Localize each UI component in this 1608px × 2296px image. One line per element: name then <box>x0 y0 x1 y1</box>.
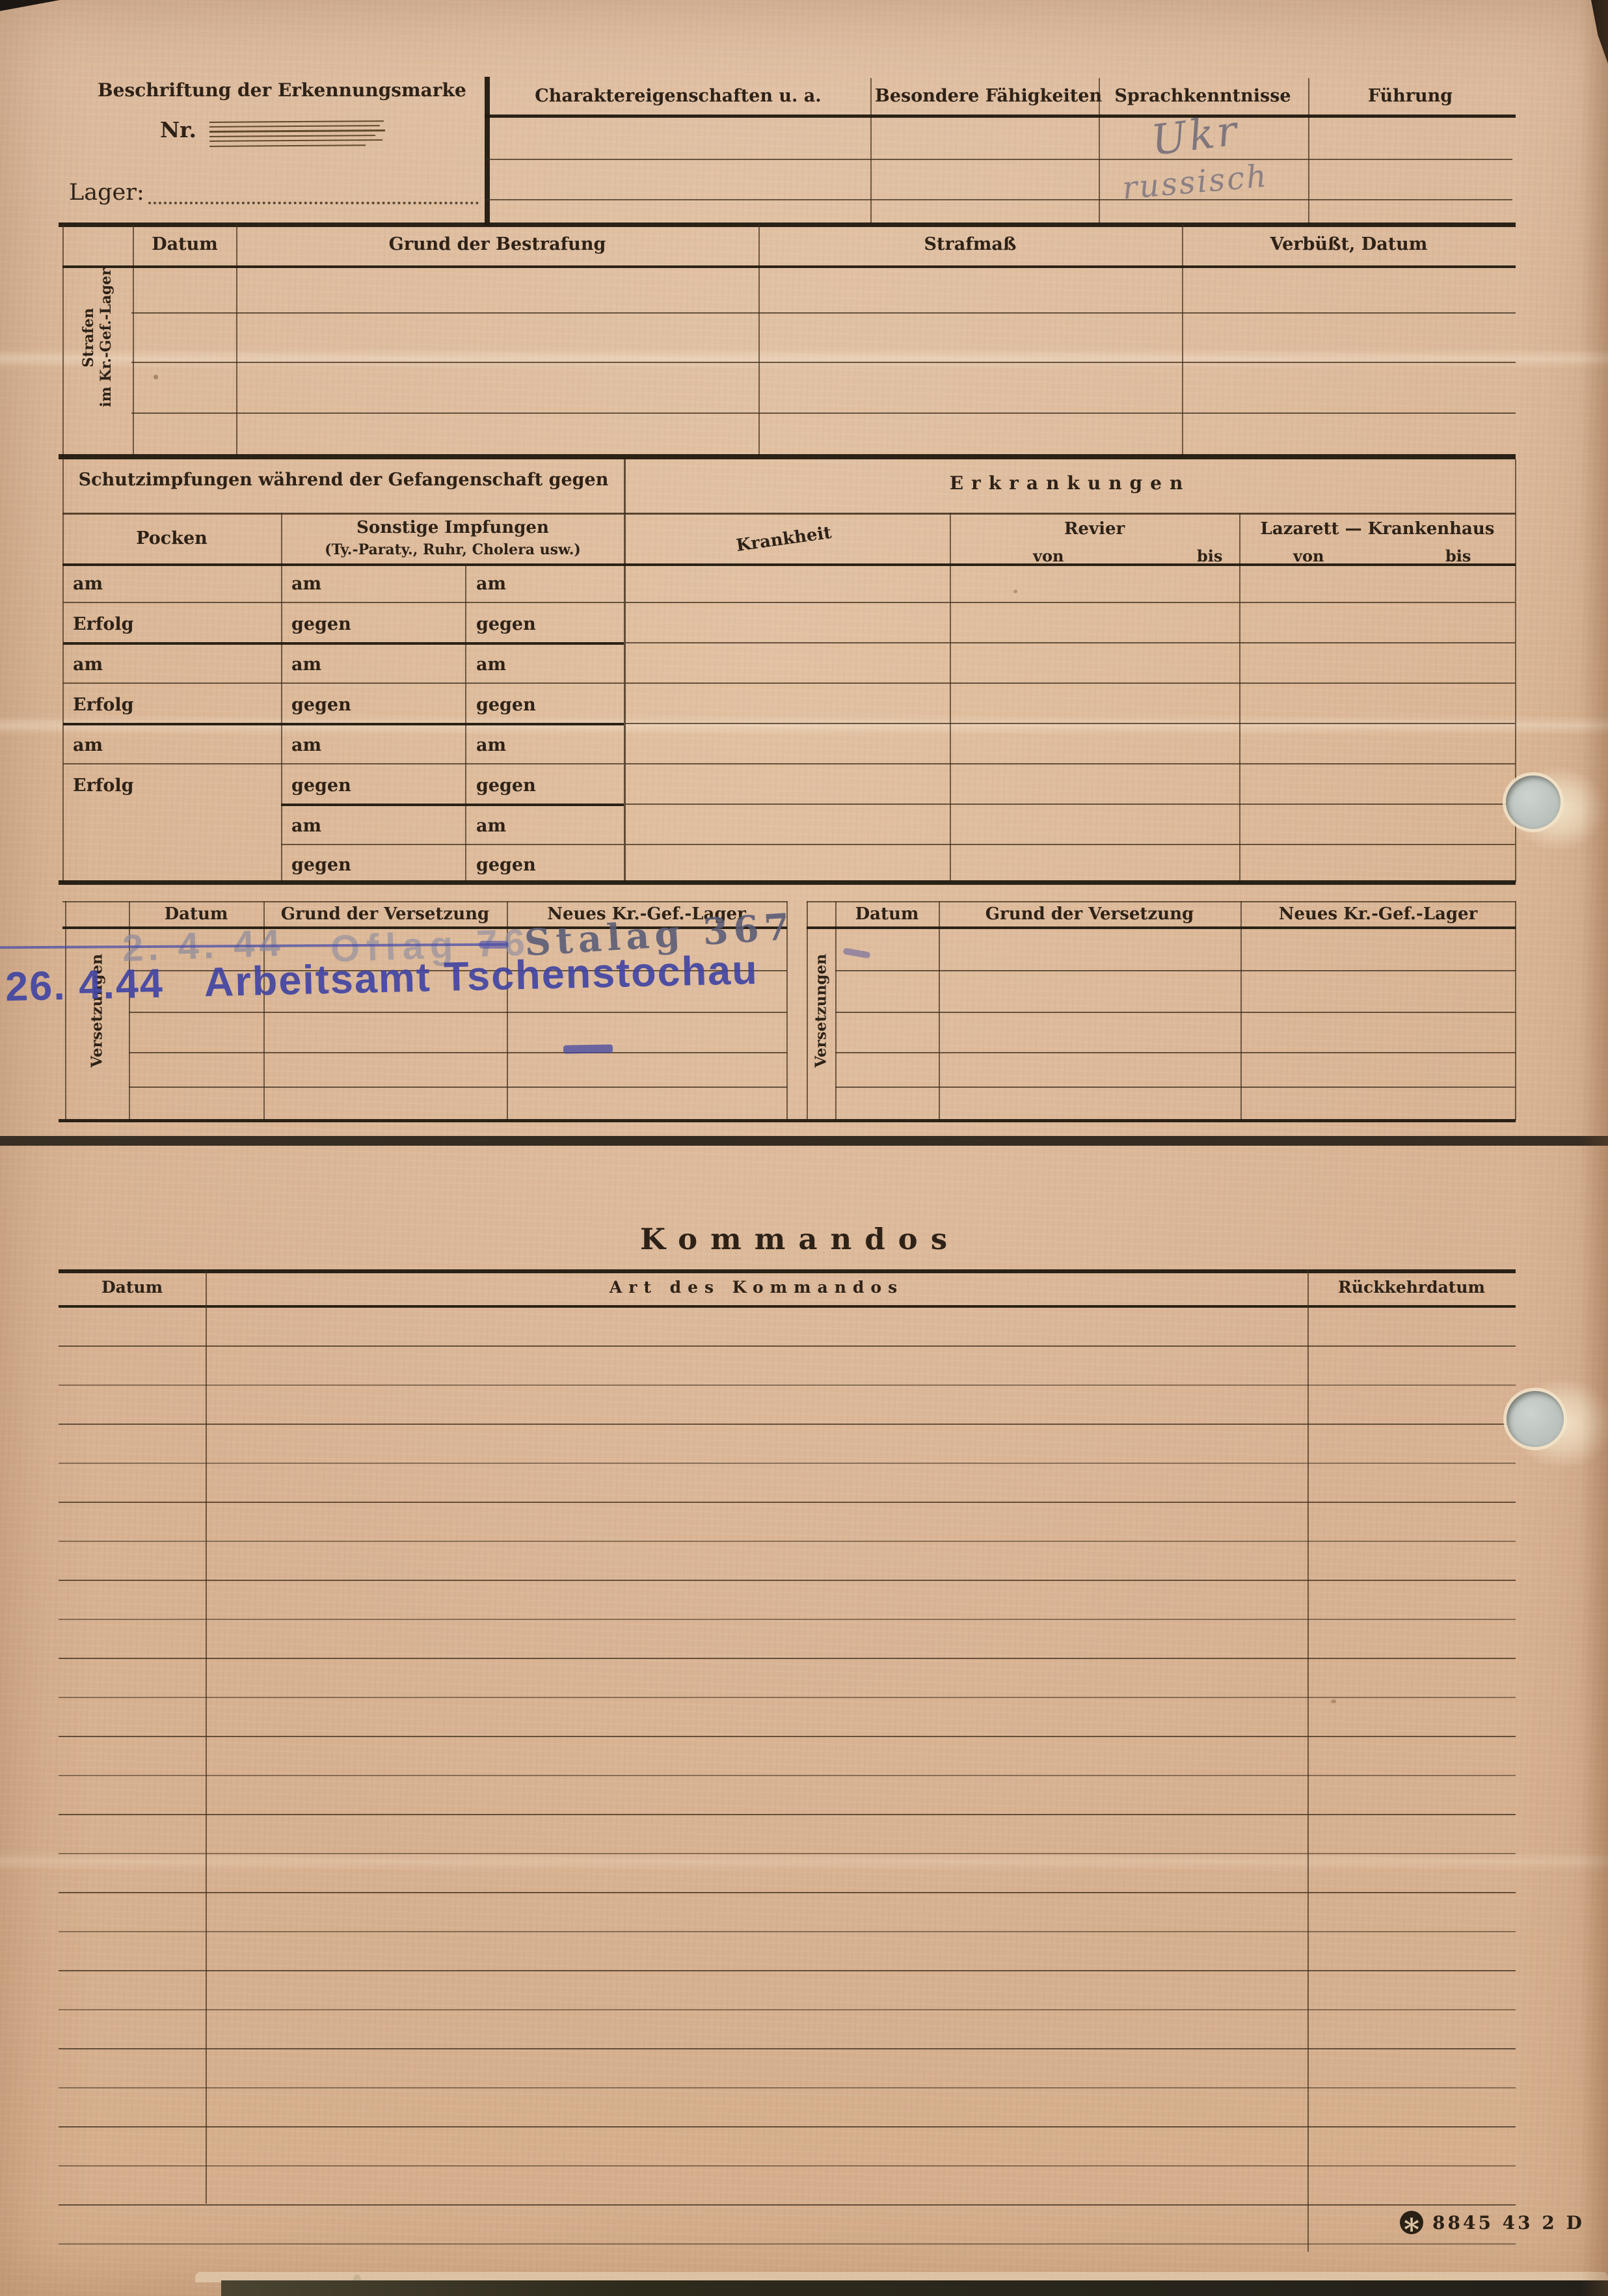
strafen-col-strafmass: Strafmaß <box>758 234 1182 254</box>
impf-am-label: am <box>291 816 321 836</box>
row-line <box>131 362 1516 363</box>
table-border <box>485 77 490 225</box>
strafen-col-datum: Datum <box>133 234 237 254</box>
table-border <box>133 224 134 456</box>
paper-speck <box>154 375 158 379</box>
row-line <box>835 1012 1516 1013</box>
impf-gegen-label: gegen <box>291 776 351 796</box>
lazarett-bis-label: bis <box>1445 547 1471 565</box>
row-line <box>129 1052 787 1053</box>
kommandos-col-rueckkehr: Rückkehrdatum <box>1307 1278 1516 1297</box>
row-line <box>625 763 1515 764</box>
punch-hole <box>1506 776 1561 829</box>
impfungen-title: Schutzimpfungen während der Gefangenscha… <box>62 470 624 490</box>
row-line <box>131 312 1516 314</box>
impf-gegen-label: gegen <box>476 776 536 796</box>
versetzungen-side-label: Versetzungen <box>88 913 106 1109</box>
pocken-header: Pocken <box>62 528 281 548</box>
header-line <box>62 563 1516 566</box>
row-line <box>625 723 1515 724</box>
row-line <box>625 844 1515 845</box>
row-line <box>129 1012 787 1013</box>
row-line <box>63 723 624 725</box>
sonstige-header-line2: (Ty.-Paraty., Ruhr, Cholera usw.) <box>281 541 624 558</box>
table-border <box>1307 1269 1309 2252</box>
lager-dotted-line <box>148 180 479 204</box>
header-line <box>59 1305 1516 1308</box>
table-border <box>807 901 1516 902</box>
impf-erfolg-label: Erfolg <box>73 776 134 796</box>
impf-am-label: am <box>291 574 321 594</box>
section-border <box>59 1119 1516 1122</box>
row-line <box>625 682 1515 684</box>
handwriting-ukr: Ukr <box>1149 107 1242 165</box>
table-border <box>485 115 1516 118</box>
print-mark-icon: * <box>1400 2211 1423 2234</box>
row-line <box>63 682 624 684</box>
print-mark: * 8845 43 2 D <box>1400 2211 1585 2234</box>
impf-am-label: am <box>73 735 103 755</box>
strafen-col-verbuesst: Verbüßt, Datum <box>1182 234 1516 254</box>
blue-ink-smudge <box>563 1044 613 1053</box>
header-line <box>62 513 624 515</box>
table-border <box>65 901 66 1120</box>
row-line <box>835 1087 1516 1088</box>
paper-crease <box>0 1852 1608 1871</box>
strafen-side-label-line1: Strafen <box>80 240 98 435</box>
print-code: 8845 43 2 D <box>1432 2212 1585 2234</box>
paper-speck <box>1331 1699 1336 1703</box>
row-line <box>625 642 1515 643</box>
col-header-faehigkeiten: Besondere Fähigkeiten <box>875 86 1093 106</box>
revier-bis-label: bis <box>1197 547 1222 565</box>
col-header-fuehrung: Führung <box>1313 86 1508 106</box>
impf-am-label: am <box>476 735 506 755</box>
table-border <box>62 901 787 902</box>
versetz-col-datum: Datum <box>129 904 263 924</box>
table-border <box>807 901 808 1120</box>
row-line <box>129 1087 787 1088</box>
table-border <box>1239 513 1240 882</box>
strafen-col-grund: Grund der Bestrafung <box>236 234 758 254</box>
table-border <box>236 224 237 456</box>
impf-am-label: am <box>291 655 321 675</box>
scan-corner-top-left <box>0 0 60 11</box>
table-border <box>62 459 64 882</box>
row-line <box>625 602 1515 603</box>
impf-am-label: am <box>291 735 321 755</box>
paper-right-edge-shade <box>1581 0 1608 2296</box>
nr-ruled-lines <box>209 120 385 150</box>
versetz-col-lager: Neues Kr.-Gef.-Lager <box>1240 904 1516 924</box>
pow-record-card-page: Beschriftung der Erkennungsmarke Nr. Lag… <box>0 0 1608 2296</box>
erkrankungen-title: Erkrankungen <box>624 472 1516 494</box>
kommandos-col-datum: Datum <box>59 1278 206 1297</box>
header-line <box>807 926 1516 929</box>
nr-label: Nr. <box>160 117 196 142</box>
stamp-arbeitsamt-row: 26. 4.44Arbeitsamt Tschenstochau <box>5 947 758 1010</box>
impf-am-label: am <box>476 574 506 594</box>
impf-gegen-label: gegen <box>291 855 351 875</box>
blue-ink-smudge <box>842 947 870 958</box>
table-border <box>62 265 1516 268</box>
revier-von-label: von <box>1033 547 1064 565</box>
table-border <box>870 78 872 224</box>
row-line <box>835 970 1516 971</box>
section-border <box>59 223 1516 227</box>
lazarett-von-label: von <box>1293 547 1324 565</box>
versetz-col-grund: Grund der Versetzung <box>263 904 507 924</box>
erkennungsmarke-title: Beschriftung der Erkennungsmarke <box>98 79 462 101</box>
revier-header: Revier <box>950 519 1239 539</box>
impf-am-label: am <box>73 574 103 594</box>
kommandos-title: Kommandos <box>553 1222 1047 1256</box>
row-line <box>63 763 624 764</box>
row-line <box>281 844 624 845</box>
table-border <box>281 513 282 882</box>
punch-hole <box>1507 1391 1564 1447</box>
section-border <box>59 1269 1516 1273</box>
blue-strike-blob <box>479 941 509 949</box>
card-edge-band <box>0 1136 1608 1146</box>
impf-erfolg-label: Erfolg <box>73 695 134 715</box>
impf-erfolg-label: Erfolg <box>73 614 134 634</box>
kommandos-col-art: Art des Kommandos <box>206 1278 1307 1297</box>
versetzungen-side-label: Versetzungen <box>812 913 830 1109</box>
impf-am-label: am <box>476 655 506 675</box>
table-border <box>62 224 64 456</box>
section-border <box>59 880 1516 885</box>
col-header-charakter: Charaktereigenschaften u. a. <box>494 86 862 106</box>
stamp-transfer-date-2: 26. 4.44 <box>5 961 164 1010</box>
row-line <box>63 602 624 603</box>
versetz-col-grund: Grund der Versetzung <box>939 904 1240 924</box>
paper-crease <box>0 716 1608 735</box>
impf-am-label: am <box>476 816 506 836</box>
versetz-col-datum: Datum <box>835 904 939 924</box>
table-border <box>950 513 951 882</box>
col-header-sprachkenntnisse: Sprachkenntnisse <box>1103 86 1303 106</box>
table-border <box>1182 224 1183 456</box>
lager-label: Lager: <box>69 180 144 206</box>
header-line <box>624 513 1516 515</box>
table-border <box>1308 78 1309 224</box>
sonstige-header-line1: Sonstige Impfungen <box>281 518 624 537</box>
row-line <box>63 642 624 645</box>
section-border <box>59 454 1516 459</box>
row-line <box>281 804 624 806</box>
table-border <box>758 224 760 456</box>
row-line <box>835 1052 1516 1053</box>
row-line <box>486 199 1512 200</box>
impf-gegen-label: gegen <box>291 695 351 715</box>
impf-am-label: am <box>73 655 103 675</box>
row-line <box>131 412 1516 414</box>
impf-gegen-label: gegen <box>476 695 536 715</box>
row-line <box>486 159 1512 160</box>
impf-gegen-label: gegen <box>476 614 536 634</box>
scan-bottom-strip <box>221 2280 1608 2296</box>
krankheit-header: Krankheit <box>689 517 878 562</box>
impf-gegen-label: gegen <box>476 855 536 875</box>
stamp-arbeitsamt-text: Arbeitsamt Tschenstochau <box>204 947 758 1005</box>
lazarett-header: Lazarett — Krankenhaus <box>1239 519 1516 539</box>
paper-speck <box>1013 589 1017 593</box>
strafen-side-label-line2: im Kr.-Gef.-Lager <box>98 240 115 435</box>
strafen-side-label: Strafen im Kr.-Gef.-Lager <box>80 240 115 435</box>
row-line <box>625 804 1515 805</box>
paper-crease <box>0 349 1608 368</box>
impf-gegen-label: gegen <box>291 614 351 634</box>
